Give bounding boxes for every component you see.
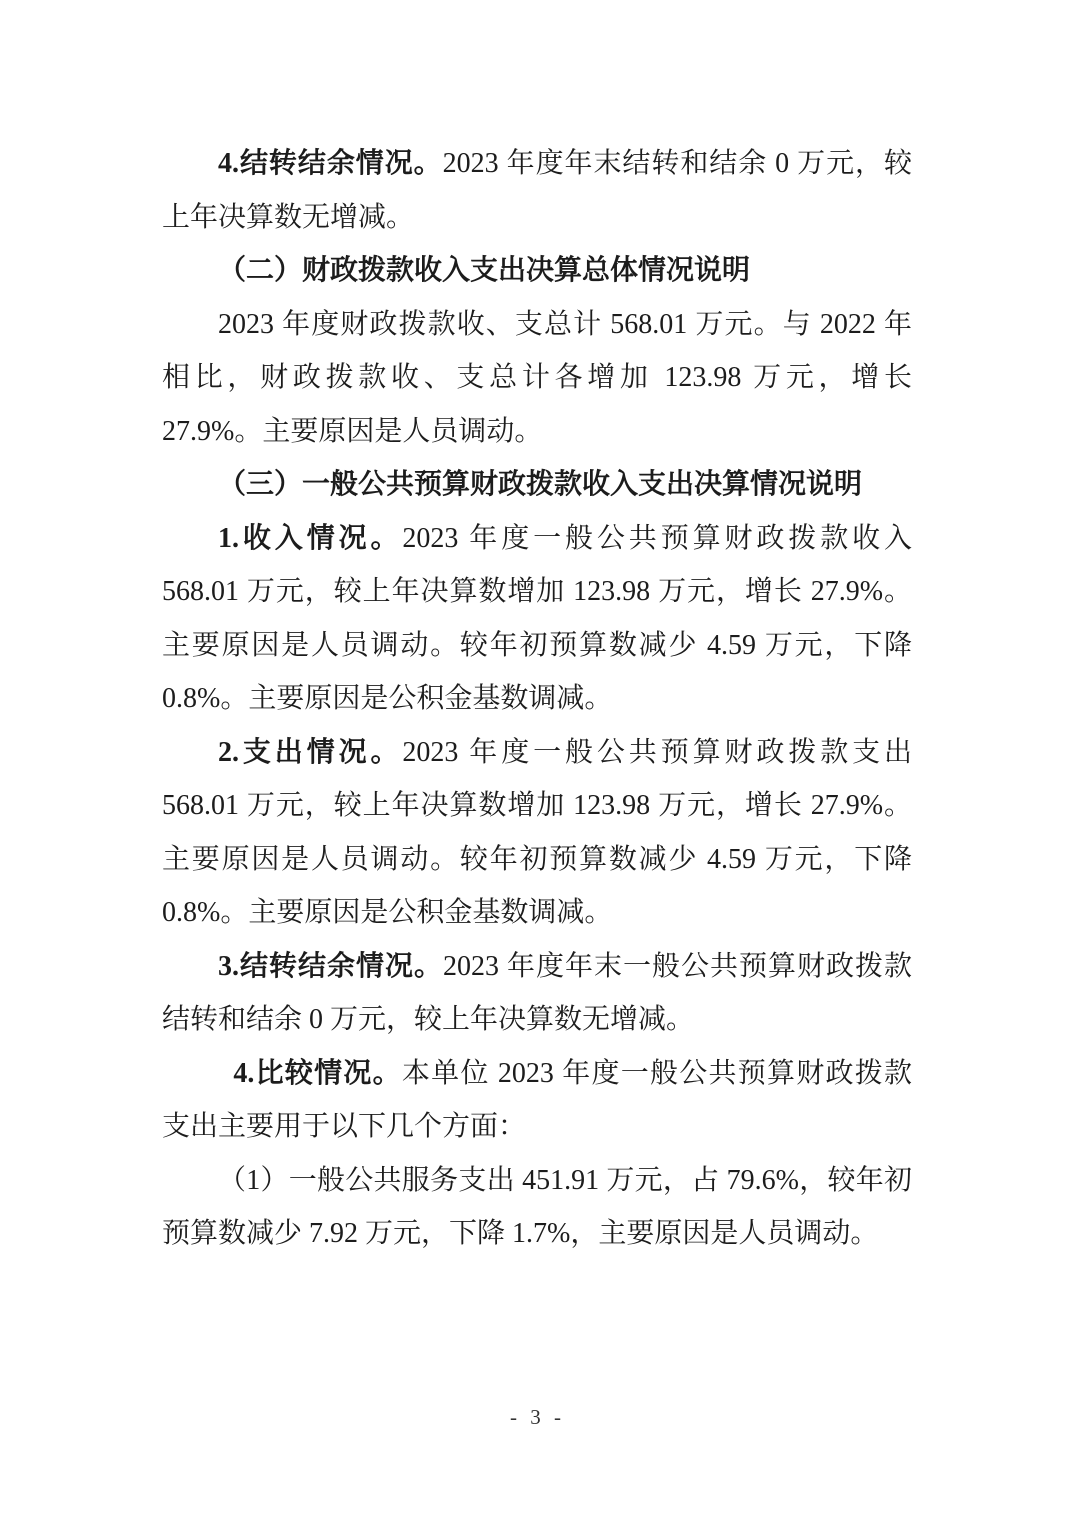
- heading-section-three: （三）一般公共预算财政拨款收入支出决算情况说明: [162, 458, 912, 512]
- run-in-heading-comparison: 4.比较情况。: [233, 1058, 402, 1089]
- paragraph-income: 1.收入情况。2023 年度一般公共预算财政拨款收入 568.01 万元，较上年…: [162, 512, 912, 726]
- run-in-heading-income: 1.收入情况。: [218, 523, 402, 554]
- paragraph-text: （1）一般公共服务支出 451.91 万元，占 79.6%，较年初预算数减少 7…: [162, 1165, 912, 1250]
- page-number: - 3 -: [510, 1405, 565, 1429]
- paragraph-text: 2023 年度财政拨款收、支总计 568.01 万元。与 2022 年相比，财政…: [162, 309, 912, 447]
- paragraph-comparison: 4.比较情况。本单位 2023 年度一般公共预算财政拨款支出主要用于以下几个方面…: [162, 1047, 912, 1154]
- paragraph-fiscal-total: 2023 年度财政拨款收、支总计 568.01 万元。与 2022 年相比，财政…: [162, 298, 912, 459]
- document-body: 4.结转结余情况。2023 年度年末结转和结余 0 万元，较上年决算数无增减。 …: [162, 137, 912, 1261]
- run-in-heading-expenditure: 2.支出情况。: [218, 737, 402, 768]
- document-page: 4.结转结余情况。2023 年度年末结转和结余 0 万元，较上年决算数无增减。 …: [0, 0, 1075, 1520]
- paragraph-expenditure: 2.支出情况。2023 年度一般公共预算财政拨款支出 568.01 万元，较上年…: [162, 726, 912, 940]
- heading-section-two: （二）财政拨款收入支出决算总体情况说明: [162, 244, 912, 298]
- run-in-heading-carryover: 4.结转结余情况。: [218, 148, 443, 179]
- paragraph-general-public-service: （1）一般公共服务支出 451.91 万元，占 79.6%，较年初预算数减少 7…: [162, 1154, 912, 1261]
- page-footer: - 3 -: [0, 1404, 1075, 1430]
- paragraph-carryover-general-budget: 3.结转结余情况。2023 年度年末一般公共预算财政拨款结转和结余 0 万元，较…: [162, 940, 912, 1047]
- run-in-heading-carryover-general: 3.结转结余情况。: [218, 951, 443, 982]
- paragraph-carryover-balance: 4.结转结余情况。2023 年度年末结转和结余 0 万元，较上年决算数无增减。: [162, 137, 912, 244]
